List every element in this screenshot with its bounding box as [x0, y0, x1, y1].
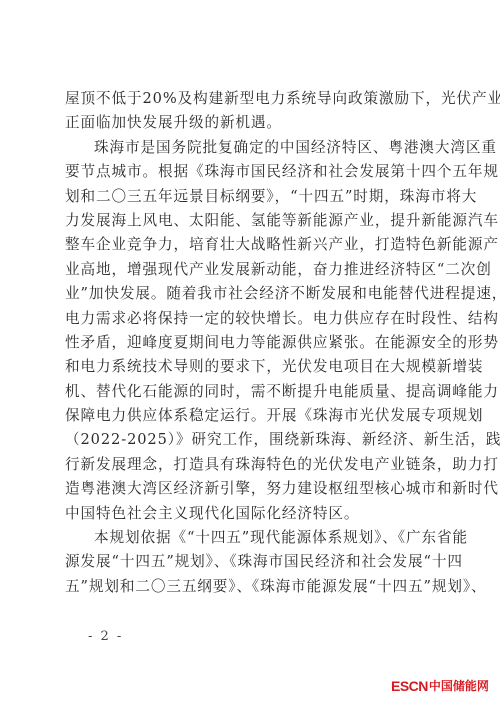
watermark-brand-en: ESCN	[391, 678, 428, 694]
document-body: 屋顶不低于20%及构建新型电力系统导向政策激励下，光伏产业 正面临加快发展升级的…	[65, 87, 437, 599]
text-line: 本规划依据《“十四五”现代能源体系规划》、《广东省能	[65, 526, 437, 550]
text-line: 性矛盾，迎峰度夏期间电力等能源供应紧张。在能源安全的形势	[65, 331, 437, 355]
text-line: （2022-2025）》研究工作，围绕新珠海、新经济、新生活，践	[65, 428, 437, 452]
text-line: 力发展海上风电、太阳能、氢能等新能源产业，提升新能源汽车	[65, 209, 437, 233]
text-line: 业高地，增强现代产业发展新动能，奋力推进经济特区“二次创	[65, 258, 437, 282]
text-line: 电力需求必将保持一定的较快增长。电力供应存在时段性、结构	[65, 307, 437, 331]
text-line: 珠海市是国务院批复确定的中国经济特区、粤港澳大湾区重	[65, 136, 437, 160]
text-line: 保障电力供应体系稳定运行。开展《珠海市光伏发展专项规划	[65, 404, 437, 428]
watermark-brand-cn: 中国储能网	[429, 677, 489, 694]
text-line: 机、替代化石能源的同时，需不断提升电能质量、提高调峰能力，	[65, 380, 437, 404]
text-line: 屋顶不低于20%及构建新型电力系统导向政策激励下，光伏产业	[65, 87, 437, 111]
text-line: 五”规划和二〇三五纲要》、《珠海市能源发展“十四五”规划》、	[65, 575, 437, 599]
text-line: 业”加快发展。随着我市社会经济不断发展和电能替代进程提速，	[65, 282, 437, 306]
watermark-logo: ESCN 中国储能网	[391, 677, 489, 694]
page-number: - 2 -	[88, 629, 123, 644]
text-line: 中国特色社会主义现代化国际化经济特区。	[65, 502, 437, 526]
text-line: 正面临加快发展升级的新机遇。	[65, 111, 437, 135]
text-line: 和电力系统技术导则的要求下，光伏发电项目在大规模新增装	[65, 355, 437, 379]
text-line: 要节点城市。根据《珠海市国民经济和社会发展第十四个五年规	[65, 160, 437, 184]
text-line: 整车企业竞争力，培育壮大战略性新兴产业，打造特色新能源产	[65, 233, 437, 257]
text-line: 造粤港澳大湾区经济新引擎，努力建设枢纽型核心城市和新时代	[65, 477, 437, 501]
text-line: 源发展“十四五”规划》、《珠海市国民经济和社会发展“十四	[65, 550, 437, 574]
text-line: 行新发展理念，打造具有珠海特色的光伏发电产业链条，助力打	[65, 453, 437, 477]
text-line: 划和二〇三五年远景目标纲要》，“十四五”时期，珠海市将大	[65, 185, 437, 209]
